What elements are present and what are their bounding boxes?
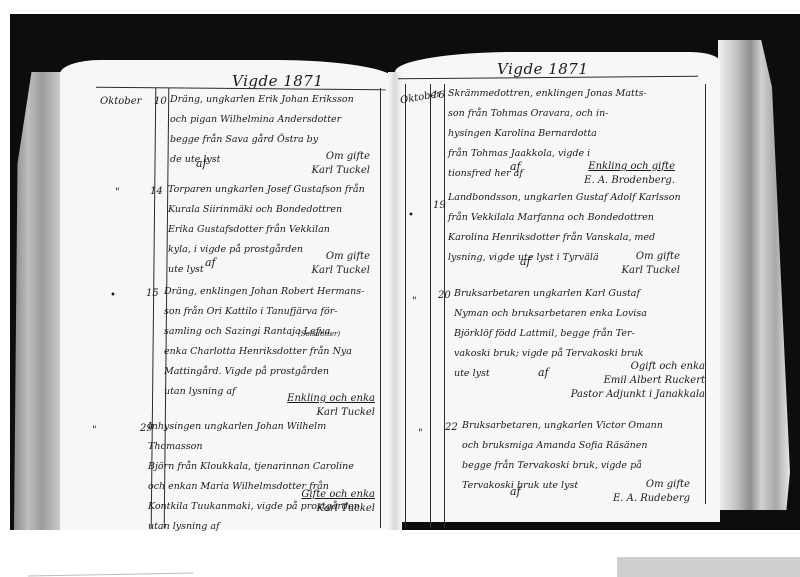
entry-line: Torparen ungkarlen Josef Gustafson från <box>168 180 380 200</box>
entry-day: 10 <box>154 96 167 107</box>
entry-day: 22 <box>445 422 458 433</box>
entry-line: Dräng, ungkarlen Erik Johan Eriksson <box>170 90 380 110</box>
entry-day: 14 <box>150 186 163 197</box>
entry-line: och pigan Wilhelmina Andersdotter <box>170 110 380 130</box>
ditto-mark: " <box>412 296 417 307</box>
officiant-signature: E. A. Brodenberg. <box>560 174 675 188</box>
marital-status: Om gifte <box>250 150 370 164</box>
register-entry: Dräng, enklingen Johan Robert Hermans- s… <box>164 282 380 402</box>
marital-status: Ogift och enka <box>530 360 705 374</box>
officiant-signature: Karl Tuckel <box>250 502 375 516</box>
entry-day: 16 <box>432 90 445 101</box>
officiant-mark: af <box>510 485 521 498</box>
officiant-mark: af <box>520 255 531 268</box>
margin-dot: • <box>408 210 414 221</box>
entry-line: Kurala Siirinmäki och Bondedottren <box>168 200 380 220</box>
officiant-signature: Karl Tuckel <box>250 164 370 178</box>
ditto-mark: " <box>92 425 97 436</box>
scan-edge-strip <box>617 557 800 577</box>
signature-block: Ogift och enka Emil Albert Ruckert Pasto… <box>530 360 705 402</box>
signature-block: Om gifte Karl Tuckel <box>250 150 370 178</box>
entry-line: från Vekkilala Marfanna och Bondedottren <box>448 208 706 228</box>
entry-line: Mattingård. Vigde på prostgården <box>164 362 380 382</box>
entry-line: Björn från Kloukkala, tjenarinnan Caroli… <box>148 457 378 477</box>
officiant-signature: Karl Tuckel <box>580 264 680 278</box>
entry-line: Skrämmedottren, enklingen Jonas Matts- <box>448 84 703 104</box>
right-page-heading: Vigde 1871 <box>497 60 588 78</box>
entry-line: Björklöf född Lattmil, begge från Ter- <box>454 324 706 344</box>
signature-block: Gifte och enka Karl Tuckel <box>250 488 375 516</box>
page-stack-right <box>718 40 790 510</box>
entry-line: Erika Gustafsdotter från Vekkilan <box>168 220 380 240</box>
register-entry: Inhysingen ungkarlen Johan Wilhelm Thoma… <box>148 417 378 537</box>
officiant-mark: af <box>205 256 216 269</box>
entry-line: Landbondsson, ungkarlen Gustaf Adolf Kar… <box>448 188 706 208</box>
officiant-mark: af <box>196 157 207 170</box>
ditto-mark: " <box>115 187 120 198</box>
entry-line: och bruksmiga Amanda Sofia Räsänen <box>462 436 706 456</box>
entry-day: 20 <box>438 290 451 301</box>
right-column-rule-2 <box>444 84 445 528</box>
entry-line: Karolina Henriksdotter från Vanskala, me… <box>448 228 706 248</box>
signature-block: Enkling och enka Karl Tuckel <box>250 392 375 420</box>
ditto-mark: " <box>418 428 423 439</box>
entry-line: samling och Sazingi Rantaja Lefva <box>164 322 380 342</box>
book-gutter <box>388 72 402 530</box>
entry-line: son från Ori Kattilo i Tanufjärva för- <box>164 302 380 322</box>
left-month-label: Oktober <box>100 96 141 107</box>
entry-line: Dräng, enklingen Johan Robert Hermans- <box>164 282 380 302</box>
left-right-margin-rule <box>380 88 381 528</box>
entry-line: hysingen Karolina Bernardotta <box>448 124 703 144</box>
signature-block: Enkling och gifte E. A. Brodenberg. <box>560 160 675 188</box>
officiant-mark: af <box>510 160 521 173</box>
margin-dot: • <box>110 290 116 301</box>
right-margin-rule <box>405 84 406 528</box>
entry-line: Bruksarbetaren, ungkarlen Victor Omann <box>462 416 706 436</box>
entry-line: begge från Tervakoski bruk, vigde på <box>462 456 706 476</box>
entry-day: 15 <box>146 288 159 299</box>
signature-block: Om gifte Karl Tuckel <box>250 250 370 278</box>
right-column-rule-1 <box>430 84 431 528</box>
entry-line: Inhysingen ungkarlen Johan Wilhelm Thoma… <box>148 417 378 457</box>
entry-line: enka Charlotta Henriksdotter från Nya <box>164 342 380 362</box>
entry-line: begge från Sava gård Östra by <box>170 130 380 150</box>
marital-status: Enkling och gifte <box>560 160 675 174</box>
entry-line: son från Tohmas Oravara, och in- <box>448 104 703 124</box>
officiant-title: Pastor Adjunkt i Janakkala <box>530 388 705 402</box>
signature-block: Om gifte E. A. Rudeberg <box>580 478 690 506</box>
open-ledger: Vigde 1871 Vigde 1871 Oktober 10 Dräng, … <box>0 0 800 577</box>
officiant-signature: Emil Albert Ruckert <box>530 374 705 388</box>
marital-status: Om gifte <box>580 250 680 264</box>
officiant-signature: Karl Tuckel <box>250 264 370 278</box>
marital-status: Om gifte <box>250 250 370 264</box>
entry-line: Nyman och bruksarbetaren enka Lovisa <box>454 304 706 324</box>
marital-status: Om gifte <box>580 478 690 492</box>
signature-block: Om gifte Karl Tuckel <box>580 250 680 278</box>
entry-line: Bruksarbetaren ungkarlen Karl Gustaf <box>454 284 706 304</box>
marital-status: Enkling och enka <box>250 392 375 406</box>
interline-correction: (Solsdotter) <box>298 330 340 338</box>
marital-status: Gifte och enka <box>250 488 375 502</box>
officiant-signature: E. A. Rudeberg <box>580 492 690 506</box>
entry-day: 19 <box>433 200 446 211</box>
entry-line: utan lysning af <box>148 517 378 537</box>
